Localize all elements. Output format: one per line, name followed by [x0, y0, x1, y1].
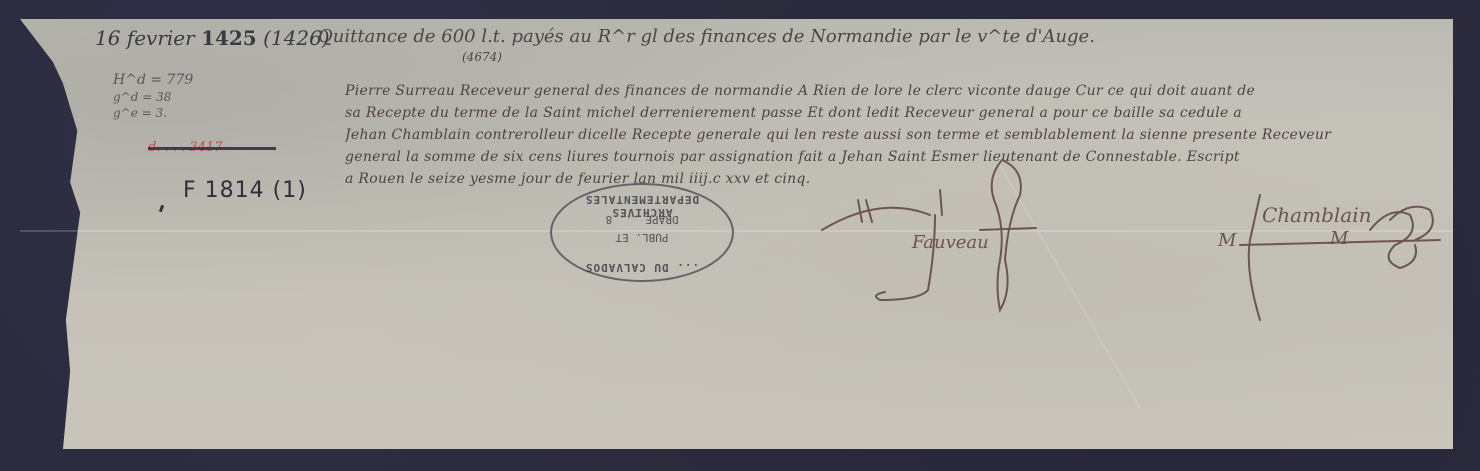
signature-flourishes — [0, 0, 1480, 471]
signature-chamblain: Chamblain — [1262, 203, 1371, 227]
signature-mark: M — [1330, 228, 1348, 249]
signature-mark: M — [1218, 230, 1236, 251]
signature-fauveau: Fauveau — [912, 232, 989, 253]
